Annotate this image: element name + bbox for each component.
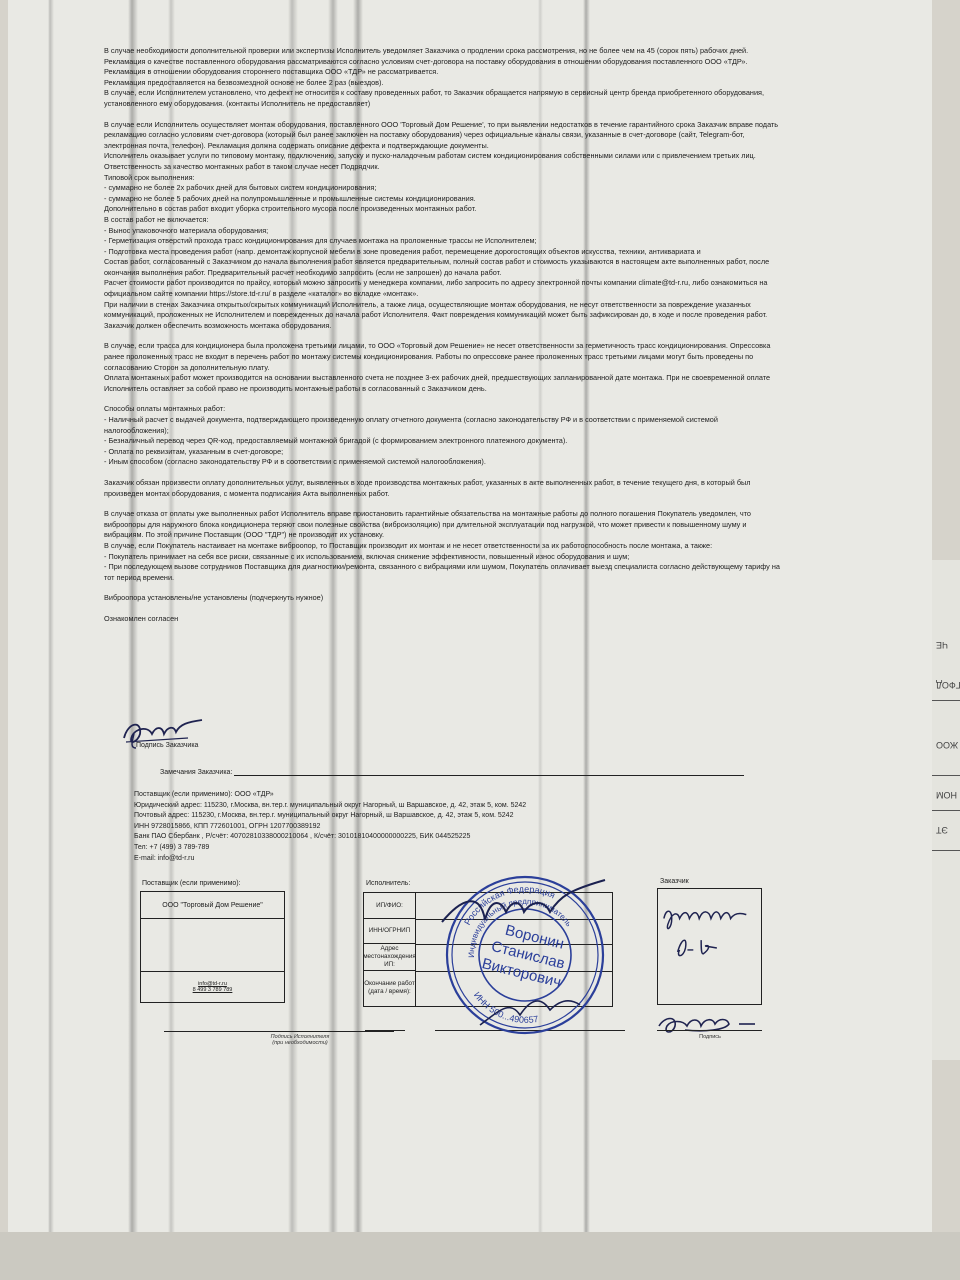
client-block-label: Заказчик: [660, 878, 689, 885]
document-body: В случае необходимости дополнительной пр…: [104, 46, 784, 625]
supplier-info-line: Поставщик (если применимо): ООО «ТДР»: [134, 790, 654, 801]
supplier-block: ООО "Торговый Дом Решение" info@td-r.ru …: [140, 891, 285, 1003]
paragraph: Способы оплаты монтажных работ:: [104, 404, 784, 415]
paragraph: Рекламация предоставляется на безвозмезд…: [104, 78, 784, 89]
paragraph: - Безналичный перевод через QR-код, пред…: [104, 436, 784, 447]
paragraph: Оплата монтажных работ может производитс…: [104, 373, 784, 394]
paragraph: Дополнительно в состав работ входит убор…: [104, 204, 784, 215]
customer-signature-caption: Подпись Заказчика: [136, 742, 198, 749]
paragraph: При наличии в стенах Заказчика открытых/…: [104, 300, 784, 332]
supplier-info-line: Тел: +7 (499) 3 789-789: [134, 843, 654, 854]
supplier-contacts: info@td-r.ru 8 499 3 789 789: [141, 972, 284, 1002]
paragraph: - Герметизация отверстий прохода трасс к…: [104, 236, 784, 247]
paragraph: - суммарно не более 5 рабочих дней на по…: [104, 194, 784, 205]
paragraph: В случае необходимости дополнительной пр…: [104, 46, 784, 57]
paragraph: Исполнитель оказывает услуги по типовому…: [104, 151, 784, 172]
executor-field-inn: ИНН/ОГРНИП: [364, 919, 415, 944]
paragraph: Состав работ, согласованный с Заказчиком…: [104, 257, 784, 278]
client-signature-caption: Подпись: [690, 1034, 730, 1040]
supplier-block-label: Поставщик (если применимо):: [142, 880, 241, 887]
paragraph-gap: [104, 468, 784, 478]
paragraph: - При последующем вызове сотрудников Пос…: [104, 562, 784, 583]
executor-field-address: Адрес местонахождения ИП:: [364, 944, 415, 971]
executor-line-left: [365, 1030, 405, 1031]
executor-field-end-date: Окончание работ (дата / время):: [364, 971, 415, 1005]
paragraph: В состав работ не включается:: [104, 215, 784, 226]
paragraph: Типовой срок выполнения:: [104, 173, 784, 184]
supplier-info-line: Юридический адрес: 115230, г.Москва, вн.…: [134, 801, 654, 812]
supplier-info-line: ИНН 9728015866, КПП 772601001, ОГРН 1207…: [134, 822, 654, 833]
paragraph: - Подготовка места проведения работ (нап…: [104, 247, 784, 258]
paragraph-gap: [104, 604, 784, 614]
paragraph-gap: [104, 394, 784, 404]
paragraph-gap: [104, 499, 784, 509]
client-block: [657, 888, 762, 1005]
paragraph: Расчет стоимости работ производится по п…: [104, 278, 784, 299]
executor-block-label: Исполнитель:: [366, 880, 410, 887]
paragraph: Рекламация о качестве поставленного обор…: [104, 57, 784, 68]
executor-field-name: ИП/ФИО:: [364, 893, 415, 919]
background-surface: [0, 1232, 960, 1280]
paragraph: Виброопора установлены/не установлены (п…: [104, 593, 784, 604]
paragraph-gap: [104, 331, 784, 341]
paragraph: - Наличный расчет с выдачей документа, п…: [104, 415, 784, 436]
executor-signature-caption: Подпись Исполнителя (при необходимости): [240, 1034, 360, 1046]
paragraph: Заказчик обязан произвести оплату дополн…: [104, 478, 784, 499]
supplier-info-line: Почтовый адрес: 115230, г.Москва, вн.тер…: [134, 811, 654, 822]
supplier-phone: 8 499 3 789 789: [193, 987, 233, 993]
client-handwritten-name: [658, 889, 761, 1004]
supplier-empty-cell: [141, 919, 284, 972]
paragraph: В случае, если Покупатель настаивает на …: [104, 541, 784, 552]
executor-stamp: Российская Федерация Индивидуальный пред…: [440, 860, 610, 1040]
paragraph: В случае, если Исполнителем установлено,…: [104, 88, 784, 109]
paragraph: В случае если Исполнитель осуществляет м…: [104, 120, 784, 152]
client-signature-line: [657, 1030, 762, 1031]
paragraph: - Иным способом (согласно законодательст…: [104, 457, 784, 468]
paragraph: Рекламация в отношении оборудования стор…: [104, 67, 784, 78]
paragraph-gap: [104, 583, 784, 593]
paragraph: - Оплата по реквизитам, указанным в счет…: [104, 447, 784, 458]
supplier-info-line: Банк ПАО Сбербанк , Р/счёт: 407028103380…: [134, 832, 654, 843]
customer-remarks-field: Замечания Заказчика:: [160, 766, 744, 776]
paragraph: Ознакомлен согласен: [104, 614, 784, 625]
paragraph: В случае, если трасса для кондиционера б…: [104, 341, 784, 373]
paragraph: В случае отказа от оплаты уже выполненны…: [104, 509, 784, 541]
remarks-line: [234, 766, 744, 776]
executor-signature-line: [164, 1031, 394, 1032]
paragraph: - Вынос упаковочного материала оборудова…: [104, 226, 784, 237]
paragraph: - Покупатель принимает на себя все риски…: [104, 552, 784, 563]
supplier-details: Поставщик (если применимо): ООО «ТДР»Юри…: [134, 790, 654, 864]
paragraph: - суммарно не более 2х рабочих дней для …: [104, 183, 784, 194]
supplier-company: ООО "Торговый Дом Решение": [141, 892, 284, 919]
paragraph-gap: [104, 110, 784, 120]
remarks-label: Замечания Заказчика:: [160, 769, 232, 776]
